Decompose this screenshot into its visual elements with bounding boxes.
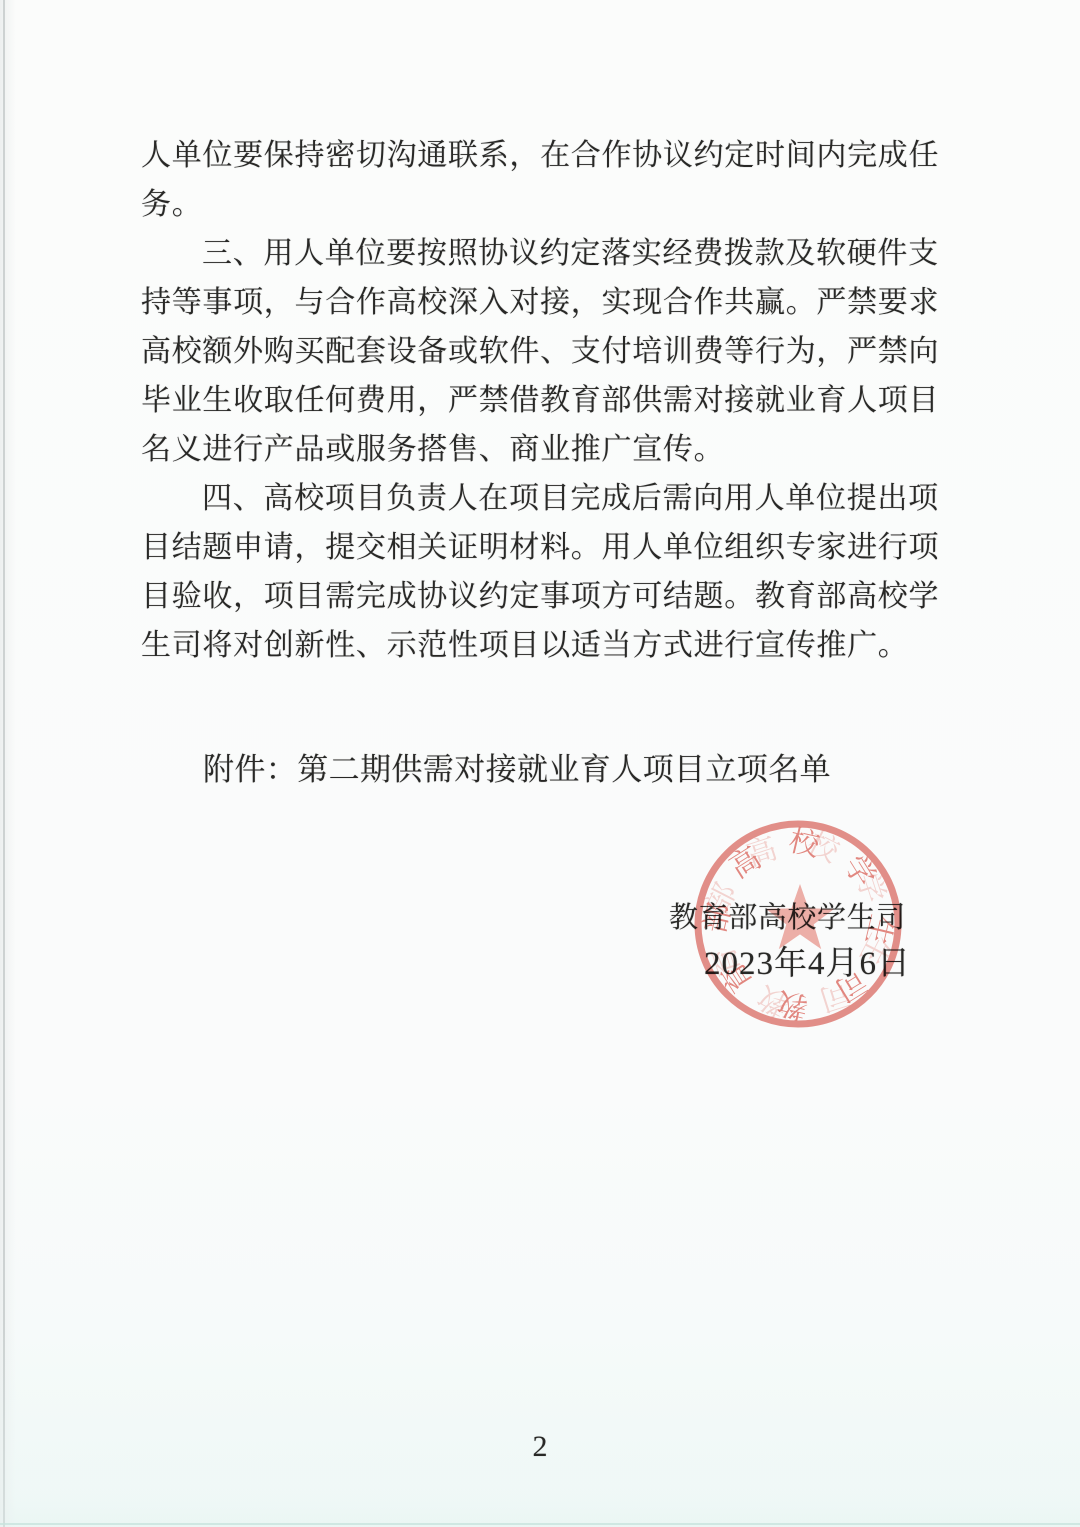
- body-line: 人单位要保持密切沟通联系，在合作协议约定时间内完成任: [141, 131, 946, 180]
- body-line: 务。: [141, 180, 946, 229]
- body-line: 目验收，项目需完成协议约定事项方可结题。教育部高校学: [141, 572, 946, 621]
- body-line: 名义进行产品或服务搭售、商业推广宣传。: [141, 425, 946, 474]
- body-line: 生司将对创新性、示范性项目以适当方式进行宣传推广。: [141, 621, 946, 670]
- scan-bottom-line: [0, 1523, 1080, 1525]
- official-seal: 教育部高校学生司 教育部高校学生司: [688, 814, 908, 1034]
- scan-left-line: [3, 0, 5, 1527]
- document-body: 人单位要保持密切沟通联系，在合作协议约定时间内完成任 务。 三、用人单位要按照协…: [141, 131, 946, 670]
- body-line: 高校额外购买配套设备或软件、支付培训费等行为，严禁向: [141, 327, 946, 376]
- seal-star-icon: [766, 884, 834, 949]
- body-line: 目结题申请，提交相关证明材料。用人单位组织专家进行项: [141, 523, 946, 572]
- body-line: 四、高校项目负责人在项目完成后需向用人单位提出项: [141, 474, 946, 523]
- body-line: 持等事项，与合作高校深入对接，实现合作共赢。严禁要求: [141, 278, 946, 327]
- body-line: 毕业生收取任何费用，严禁借教育部供需对接就业育人项目: [141, 376, 946, 425]
- body-line: 三、用人单位要按照协议约定落实经费拨款及软硬件支: [141, 229, 946, 278]
- attachment-line: 附件：第二期供需对接就业育人项目立项名单: [203, 748, 831, 792]
- page-number: 2: [0, 1427, 1080, 1467]
